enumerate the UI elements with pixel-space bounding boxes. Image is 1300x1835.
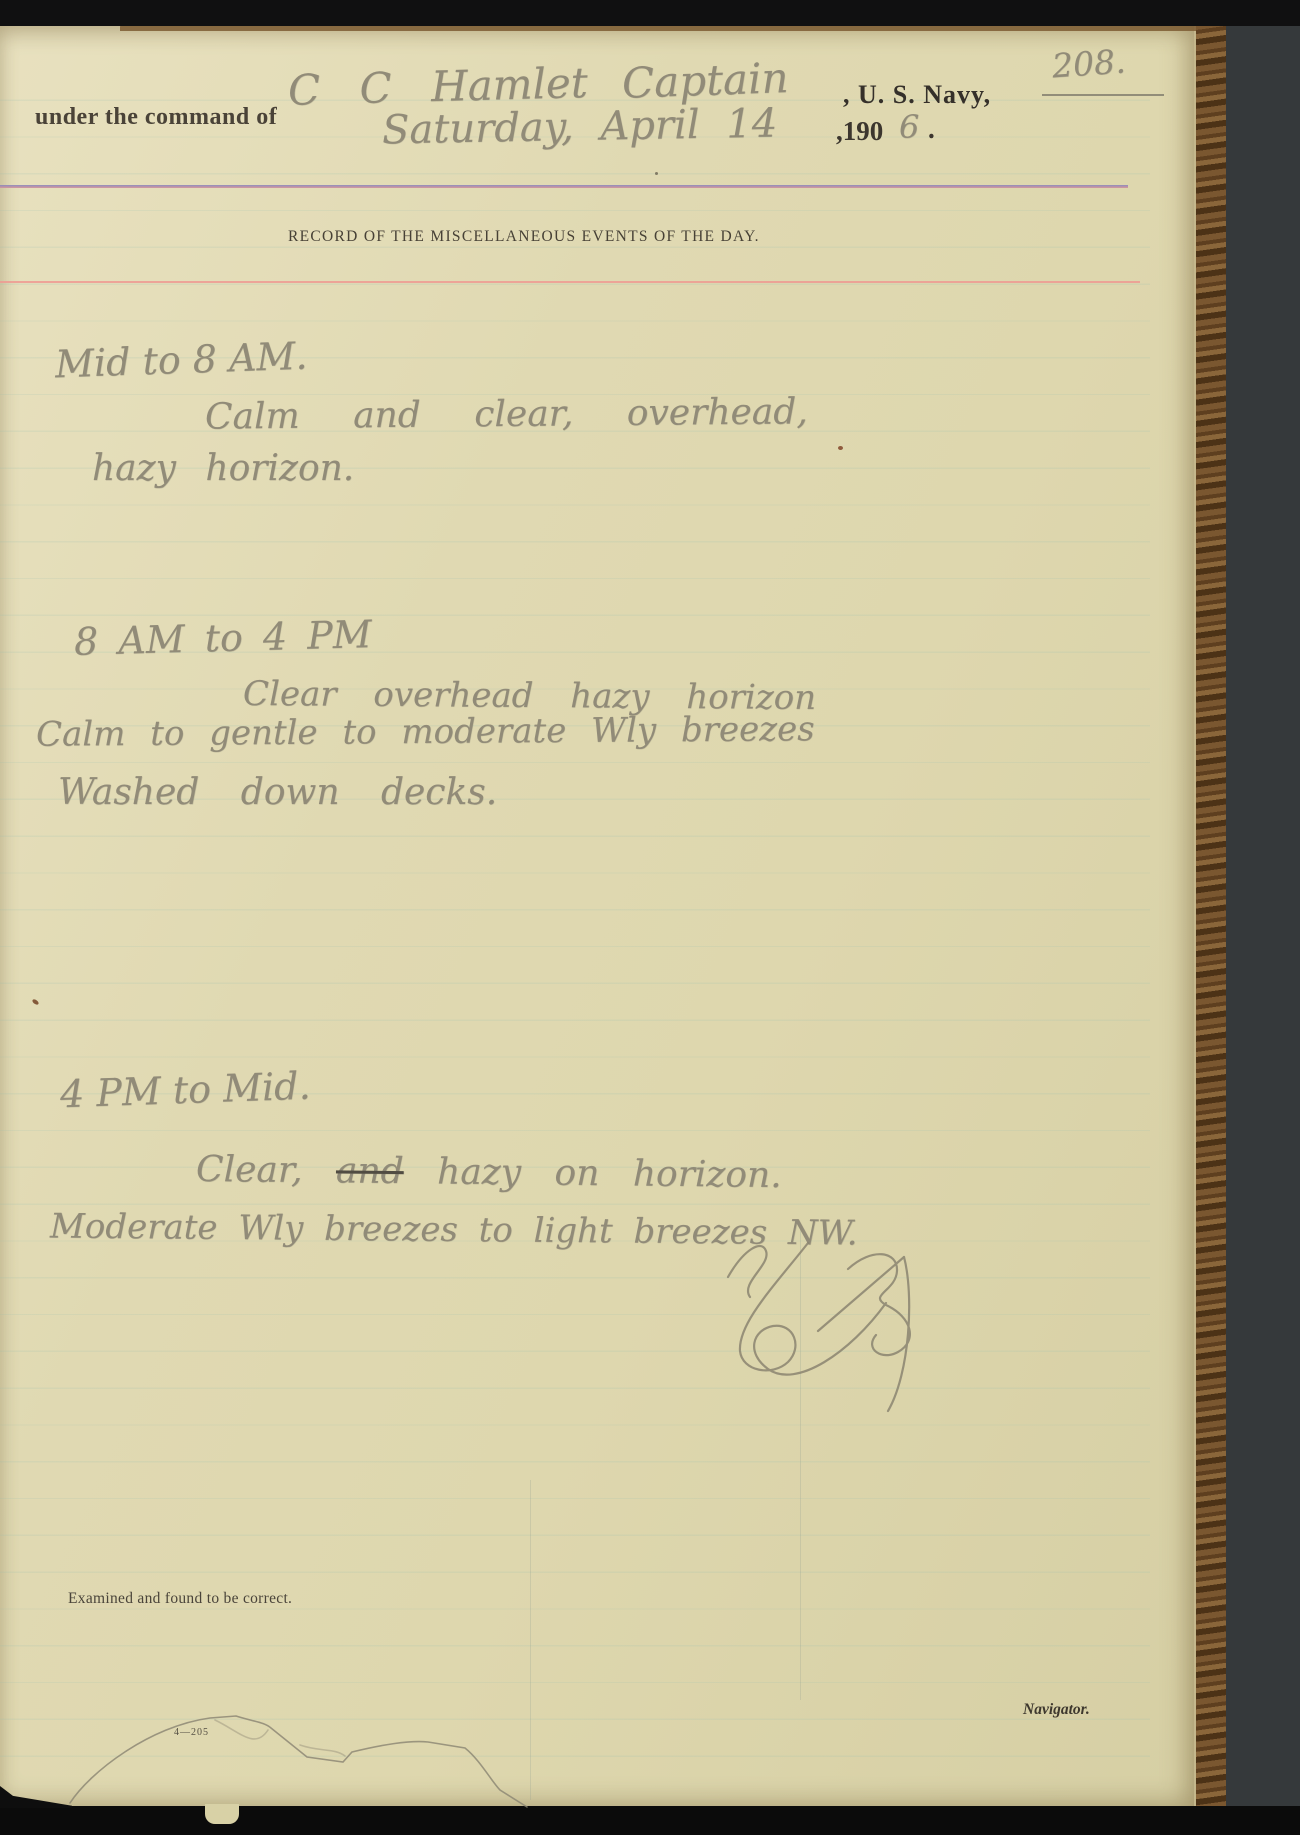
- pink-horizontal-rule: [0, 281, 1140, 283]
- us-navy-label: , U. S. Navy,: [843, 80, 991, 110]
- commander-rank-handwritten: Captain: [621, 53, 789, 108]
- watch3-line1: Clear, and hazy on horizon.: [196, 1149, 782, 1196]
- watch1-line1: Calm and clear, overhead,: [205, 391, 808, 437]
- scanner-background: [1222, 0, 1300, 1835]
- year-printed: ,190: [836, 116, 883, 147]
- examined-statement: Examined and found to be correct.: [68, 1590, 292, 1608]
- watch2-heading: 8 AM to 4 PM: [73, 612, 372, 664]
- watch2-line3: Washed down decks.: [58, 772, 497, 813]
- section-title: RECORD OF THE MISCELLANEOUS EVENTS OF TH…: [288, 228, 760, 246]
- torn-edge-crease: [0, 1690, 580, 1815]
- year-period: .: [928, 114, 935, 145]
- year-digit-handwritten: 6: [899, 108, 919, 146]
- watch1-line2: hazy horizon.: [92, 448, 354, 489]
- watch3-heading: 4 PM to Mid.: [59, 1064, 311, 1117]
- book-binding-edge: [1194, 24, 1226, 1808]
- command-of-label: under the command of: [35, 104, 277, 131]
- page-number-handwritten: 208.: [1051, 41, 1127, 85]
- paper-speck: [655, 172, 658, 175]
- watch2-line2: Calm to gentle to moderate Wly breezes: [36, 709, 815, 754]
- watch3-line1-start: Clear,: [196, 1149, 303, 1191]
- scanned-logbook-page: under the command of C C Hamlet Captain …: [0, 0, 1300, 1835]
- paper-speck: [838, 446, 843, 450]
- page-number-underline: [1042, 94, 1164, 96]
- paper-sheet: [0, 26, 1196, 1808]
- watch3-line1-end: hazy on horizon.: [437, 1151, 782, 1196]
- navigator-label: Navigator.: [1023, 1701, 1090, 1719]
- scan-top-band: [0, 0, 1300, 26]
- watch3-crossed-out-word: and: [336, 1150, 404, 1192]
- date-handwritten: Saturday, April 14: [382, 101, 778, 154]
- purple-horizontal-rule: [0, 185, 1128, 188]
- watch1-heading: Mid to 8 AM.: [54, 334, 308, 387]
- signature-flourish: [700, 1235, 960, 1450]
